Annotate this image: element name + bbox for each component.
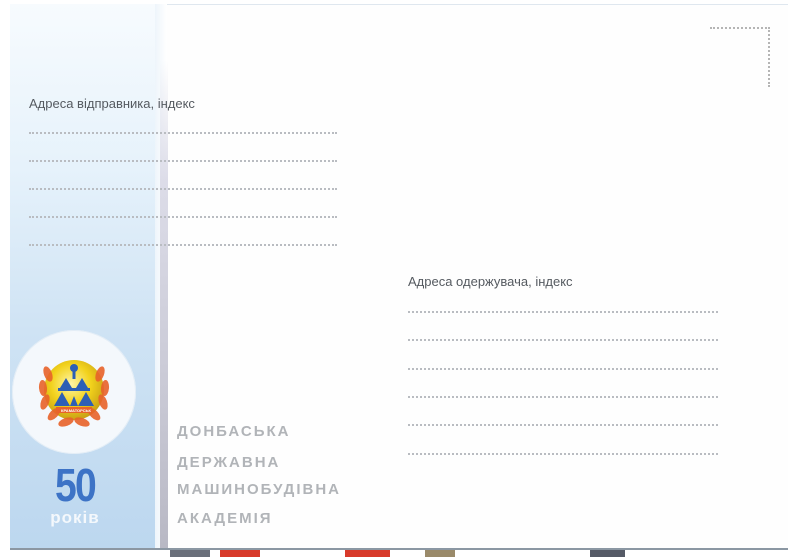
recipient-line-4[interactable]: [408, 396, 718, 398]
anniversary-word: років: [40, 508, 110, 528]
sender-address-label: Адреса відправника, індекс: [29, 96, 195, 111]
recipient-address-label: Адреса одержувача, індекс: [408, 274, 573, 289]
recipient-line-3[interactable]: [408, 368, 718, 370]
sender-line-4[interactable]: [29, 216, 337, 218]
sender-line-2[interactable]: [29, 160, 337, 162]
logo-city-text: КРАМАТОРСЬК: [56, 408, 96, 413]
recipient-line-5[interactable]: [408, 424, 718, 426]
academy-line-4: АКАДЕМІЯ: [177, 510, 273, 527]
scan-bottom-edge: [0, 548, 800, 557]
stamp-area-corner: [710, 27, 770, 87]
sender-line-1[interactable]: [29, 132, 337, 134]
anniversary-number: 50: [45, 458, 105, 512]
recipient-line-6[interactable]: [408, 453, 718, 455]
ddma-emblem-icon: [26, 344, 122, 440]
academy-line-3: МАШИНОБУДІВНА: [177, 481, 341, 498]
recipient-line-1[interactable]: [408, 311, 718, 313]
academy-line-1: ДОНБАСЬКА: [177, 423, 290, 440]
academy-line-2: ДЕРЖАВНА: [177, 454, 280, 471]
recipient-line-2[interactable]: [408, 339, 718, 341]
sender-line-3[interactable]: [29, 188, 337, 190]
sender-line-5[interactable]: [29, 244, 337, 246]
